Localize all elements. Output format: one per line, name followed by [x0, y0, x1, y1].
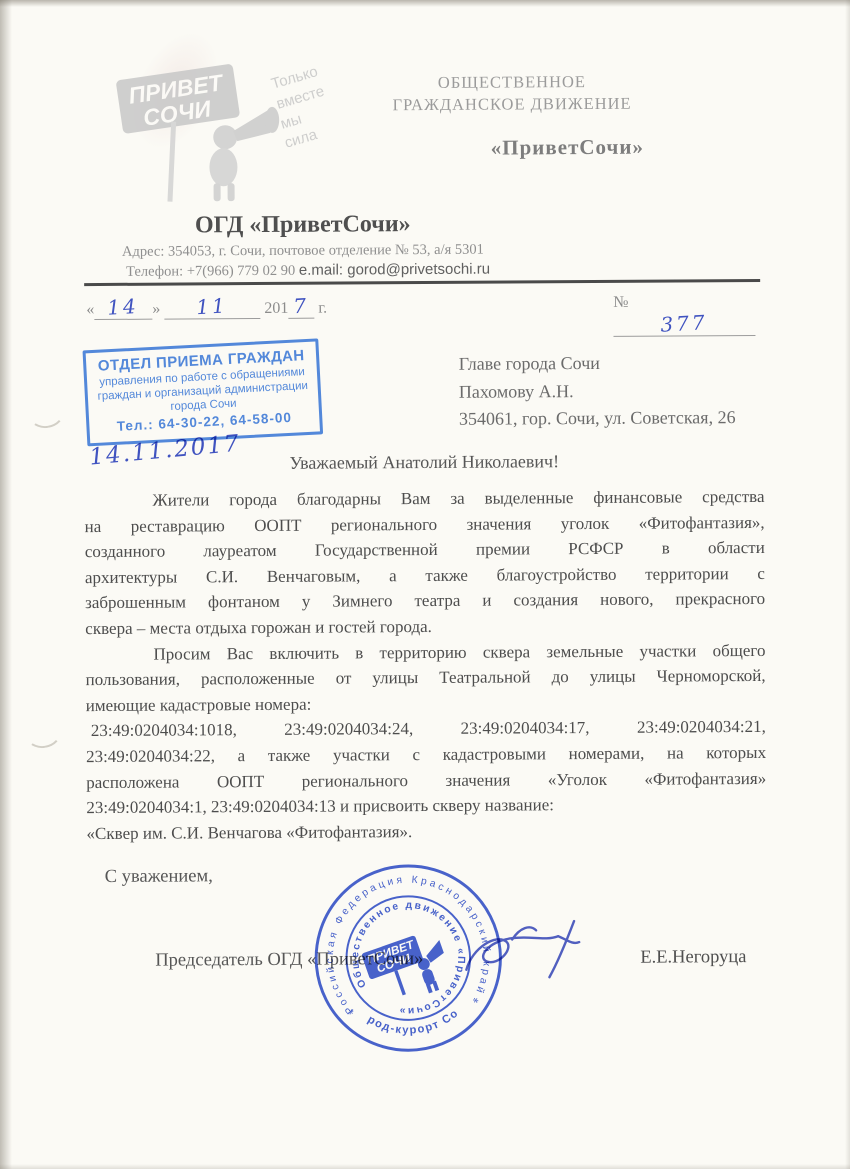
recipient-line: 354061, гор. Сочи, ул. Советская, 26 [459, 404, 736, 433]
movement-header-line2: ГРАЖДАНСКОЕ ДВИЖЕНИЕ [342, 92, 682, 116]
handwritten-year-digit: 7 [293, 293, 310, 318]
seal-sign-pole [394, 970, 406, 995]
recipient-block: Главе города Сочи Пахомову А.Н. 354061, … [459, 349, 736, 433]
date-fields: «14» 11 2017 г. [86, 294, 327, 320]
body-line: расположена ООПТ регионального значения … [86, 765, 766, 795]
mascot-body [209, 148, 237, 186]
seal-star: * [468, 994, 481, 1009]
handwritten-day: 14 [107, 294, 140, 320]
round-org-seal: Российская Федерация Краснодарский край … [302, 851, 515, 1064]
org-phone: Телефон: +7(966) 779 02 90 [126, 263, 295, 280]
org-address: Адрес: 354053, г. Сочи, почтовое отделен… [83, 241, 523, 261]
scan-edge-shadow [845, 0, 850, 1169]
open-quote: « [86, 301, 94, 318]
closing-regards: С уважением, [105, 866, 213, 888]
seal-mascot-leg [426, 983, 433, 994]
handwritten-number: 377 [660, 310, 709, 337]
logo-sign-pole [167, 122, 176, 202]
mascot-leg [214, 183, 221, 201]
org-title: ОГД «ПриветСочи» [83, 210, 523, 240]
recipient-line: Пахомову А.Н. [459, 377, 736, 406]
seal-mascot-leg [432, 981, 439, 992]
signer-name: Е.Е.Негоруца [640, 947, 746, 969]
movement-header-line1: ОБЩЕСТВЕННОЕ [342, 70, 682, 94]
handwritten-month: 11 [196, 293, 229, 319]
movement-name: «ПриветСочи» [377, 134, 757, 161]
body-line: пользования, расположенные от улицы Теат… [85, 663, 765, 693]
logo-sign: ПРИВЕТ СОЧИ [116, 64, 241, 135]
number-sign: № [613, 294, 628, 311]
body-line: 23:49:0204034:22, а также участки с када… [86, 740, 766, 770]
scan-edge-shadow [0, 1164, 850, 1169]
body-line: «Сквер им. С.И. Венчагова «Фитофантазия»… [86, 817, 766, 847]
year-printed: 201 [264, 300, 288, 317]
date-number-line: «14» 11 2017 г. №377 [86, 289, 760, 327]
scanned-letter-page: ПРИВЕТ СОЧИ Только вместе мы сила ОБЩЕСТ… [0, 0, 850, 1169]
privetsochi-logo: ПРИВЕТ СОЧИ Только вместе мы сила [105, 59, 341, 210]
recipient-line: Главе города Сочи [459, 349, 736, 378]
org-email: e.mail: gorod@privetsochi.ru [299, 261, 490, 279]
close-quote: » [152, 301, 160, 318]
body-line: созданного лауреатом Государственной пре… [85, 535, 765, 565]
movement-header: ОБЩЕСТВЕННОЕ ГРАЖДАНСКОЕ ДВИЖЕНИЕ [342, 70, 682, 116]
letter-body: Жители города благодарны Вам за выделенн… [84, 484, 766, 846]
intake-office-stamp: ОТДЕЛ ПРИЕМА ГРАЖДАН управления по работ… [83, 338, 324, 446]
scan-edge-shadow [0, 0, 850, 7]
mascot-head [213, 125, 237, 149]
org-contacts: Телефон: +7(966) 779 02 90 e.mail: gorod… [68, 260, 548, 281]
scan-edge-shadow [0, 0, 12, 1169]
salutation: Уважаемый Анатолий Николаевич! [84, 450, 764, 475]
year-suffix: г. [318, 300, 327, 317]
body-line: Жители города благодарны Вам за выделенн… [84, 484, 764, 514]
letter-content: ПРИВЕТ СОЧИ Только вместе мы сила ОБЩЕСТ… [0, 0, 850, 1169]
mascot-leg [228, 183, 235, 201]
number-field: №377 [613, 293, 760, 337]
body-line: заброшенным фонтаном у Зимнего театра и … [85, 586, 765, 616]
